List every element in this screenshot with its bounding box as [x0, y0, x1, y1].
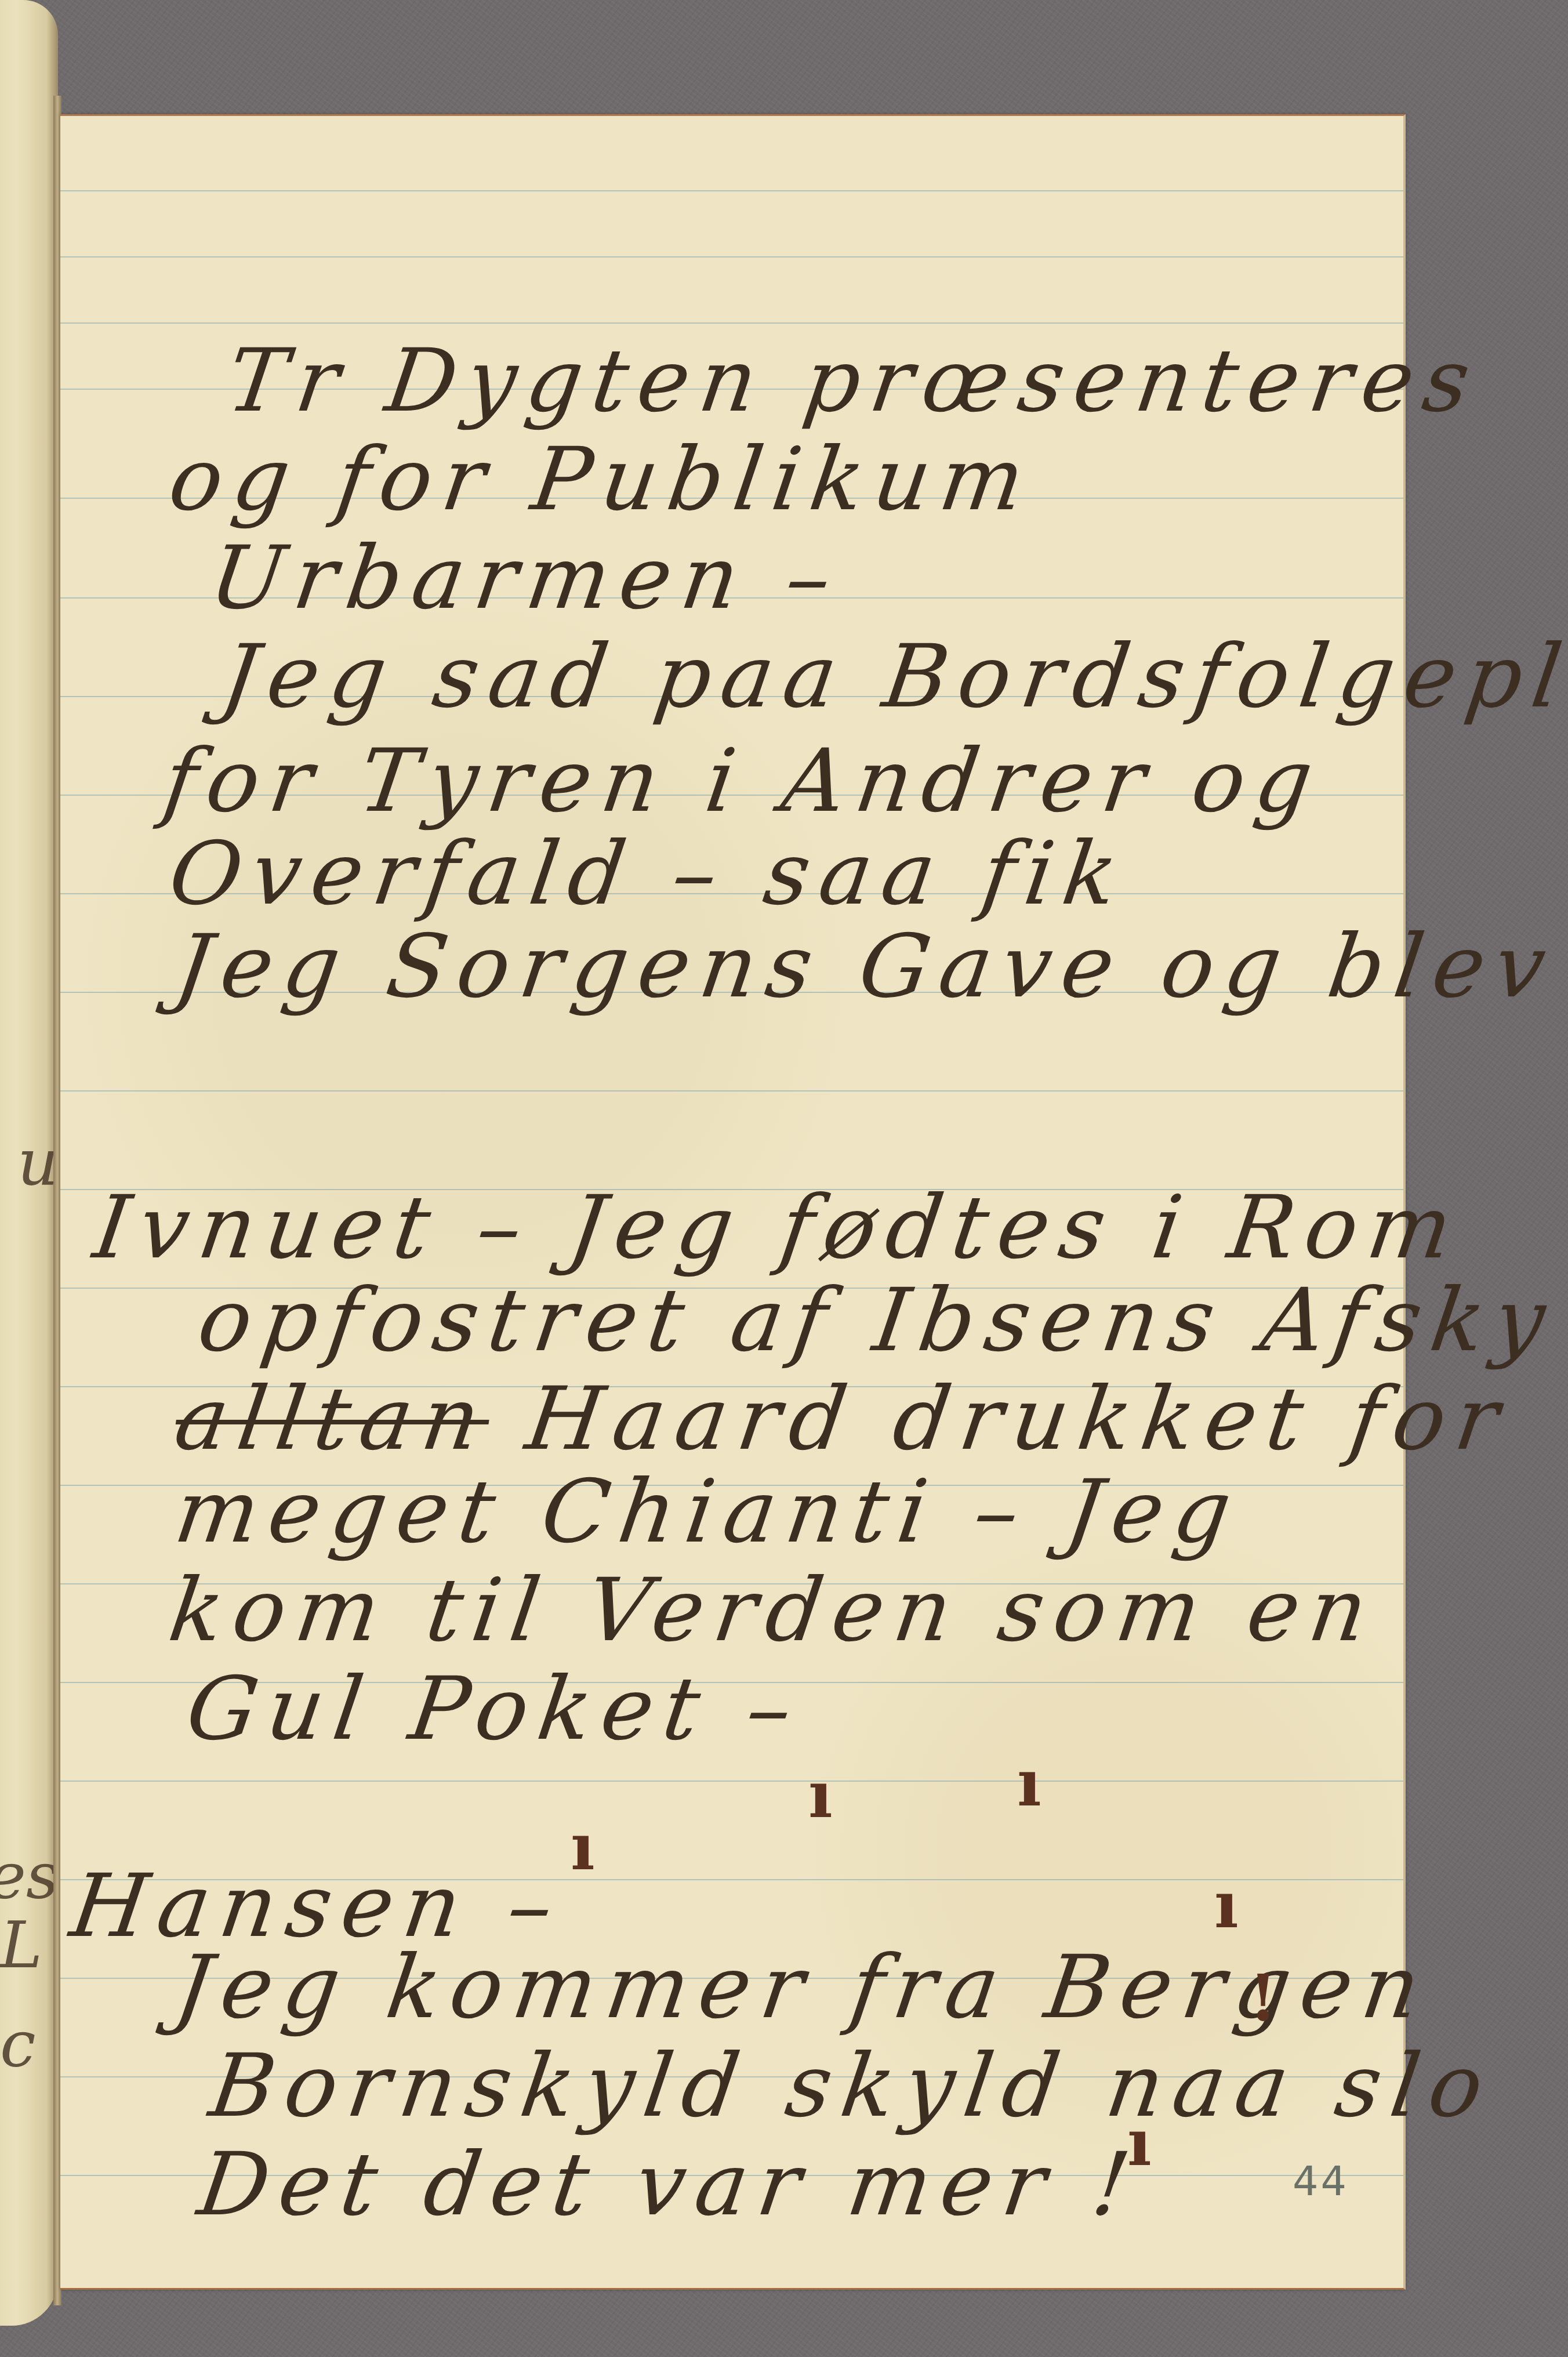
facing-left-page: ui ess L c [0, 0, 58, 2326]
page-number: 44 [1293, 2157, 1349, 2205]
handwritten-line: meget Chianti – Jeg [169, 1462, 1247, 1562]
ruled-line [60, 190, 1403, 191]
handwritten-line: Bornskyld skyld naa slo [204, 2036, 1500, 2137]
handwritten-line: Det det var mer ! [193, 2134, 1146, 2235]
ink-mark: ı [1017, 1746, 1041, 1821]
struck-word: alltan [169, 1369, 496, 1470]
handwritten-line: Jeg kommer fra Bergen [169, 1937, 1436, 2038]
notebook-page: Tr Dygten prœsenteres og for Publikum Ur… [60, 114, 1406, 2290]
ink-mark: ! [1249, 1960, 1277, 2035]
ink-mark: ı [571, 1810, 595, 1884]
ink-mark: ı [808, 1757, 833, 1832]
handwritten-line: Jeg sad paa Bordsfolgeplet [216, 626, 1568, 727]
handwritten-line: kom til Verden som en [164, 1560, 1384, 1661]
handwritten-line: opfostret af Ibsens Afsky [193, 1270, 1562, 1371]
handwritten-line: Gul Poket – [181, 1659, 808, 1760]
handwritten-line: Overfald – saa fik [164, 824, 1134, 924]
ruled-line [60, 256, 1403, 258]
ruled-line [60, 1781, 1403, 1782]
line-text: Haard drukket for [520, 1369, 1515, 1470]
ruled-line [60, 322, 1403, 324]
handwritten-line: alltan Haard drukket for [169, 1369, 1515, 1470]
handwritten-line: for Tyren i Andrer og [158, 731, 1329, 832]
ink-mark: ı [1127, 2105, 1152, 2180]
handwritten-line: Urbarmen – [204, 528, 848, 629]
handwritten-line: Ivnuet – Jeg fødtes i Rom [88, 1177, 1468, 1278]
ruled-line [60, 1090, 1403, 1092]
ink-mark: ı [1214, 1868, 1239, 1942]
handwritten-line: Jeg Sorgens Gave og blev Digter [169, 916, 1568, 1017]
handwritten-line: og for Publikum [164, 429, 1041, 530]
left-page-fragment: c [0, 2007, 36, 2081]
handwritten-line: Tr Dygten prœsenteres [222, 331, 1486, 431]
left-page-fragment: L [0, 1908, 42, 1982]
